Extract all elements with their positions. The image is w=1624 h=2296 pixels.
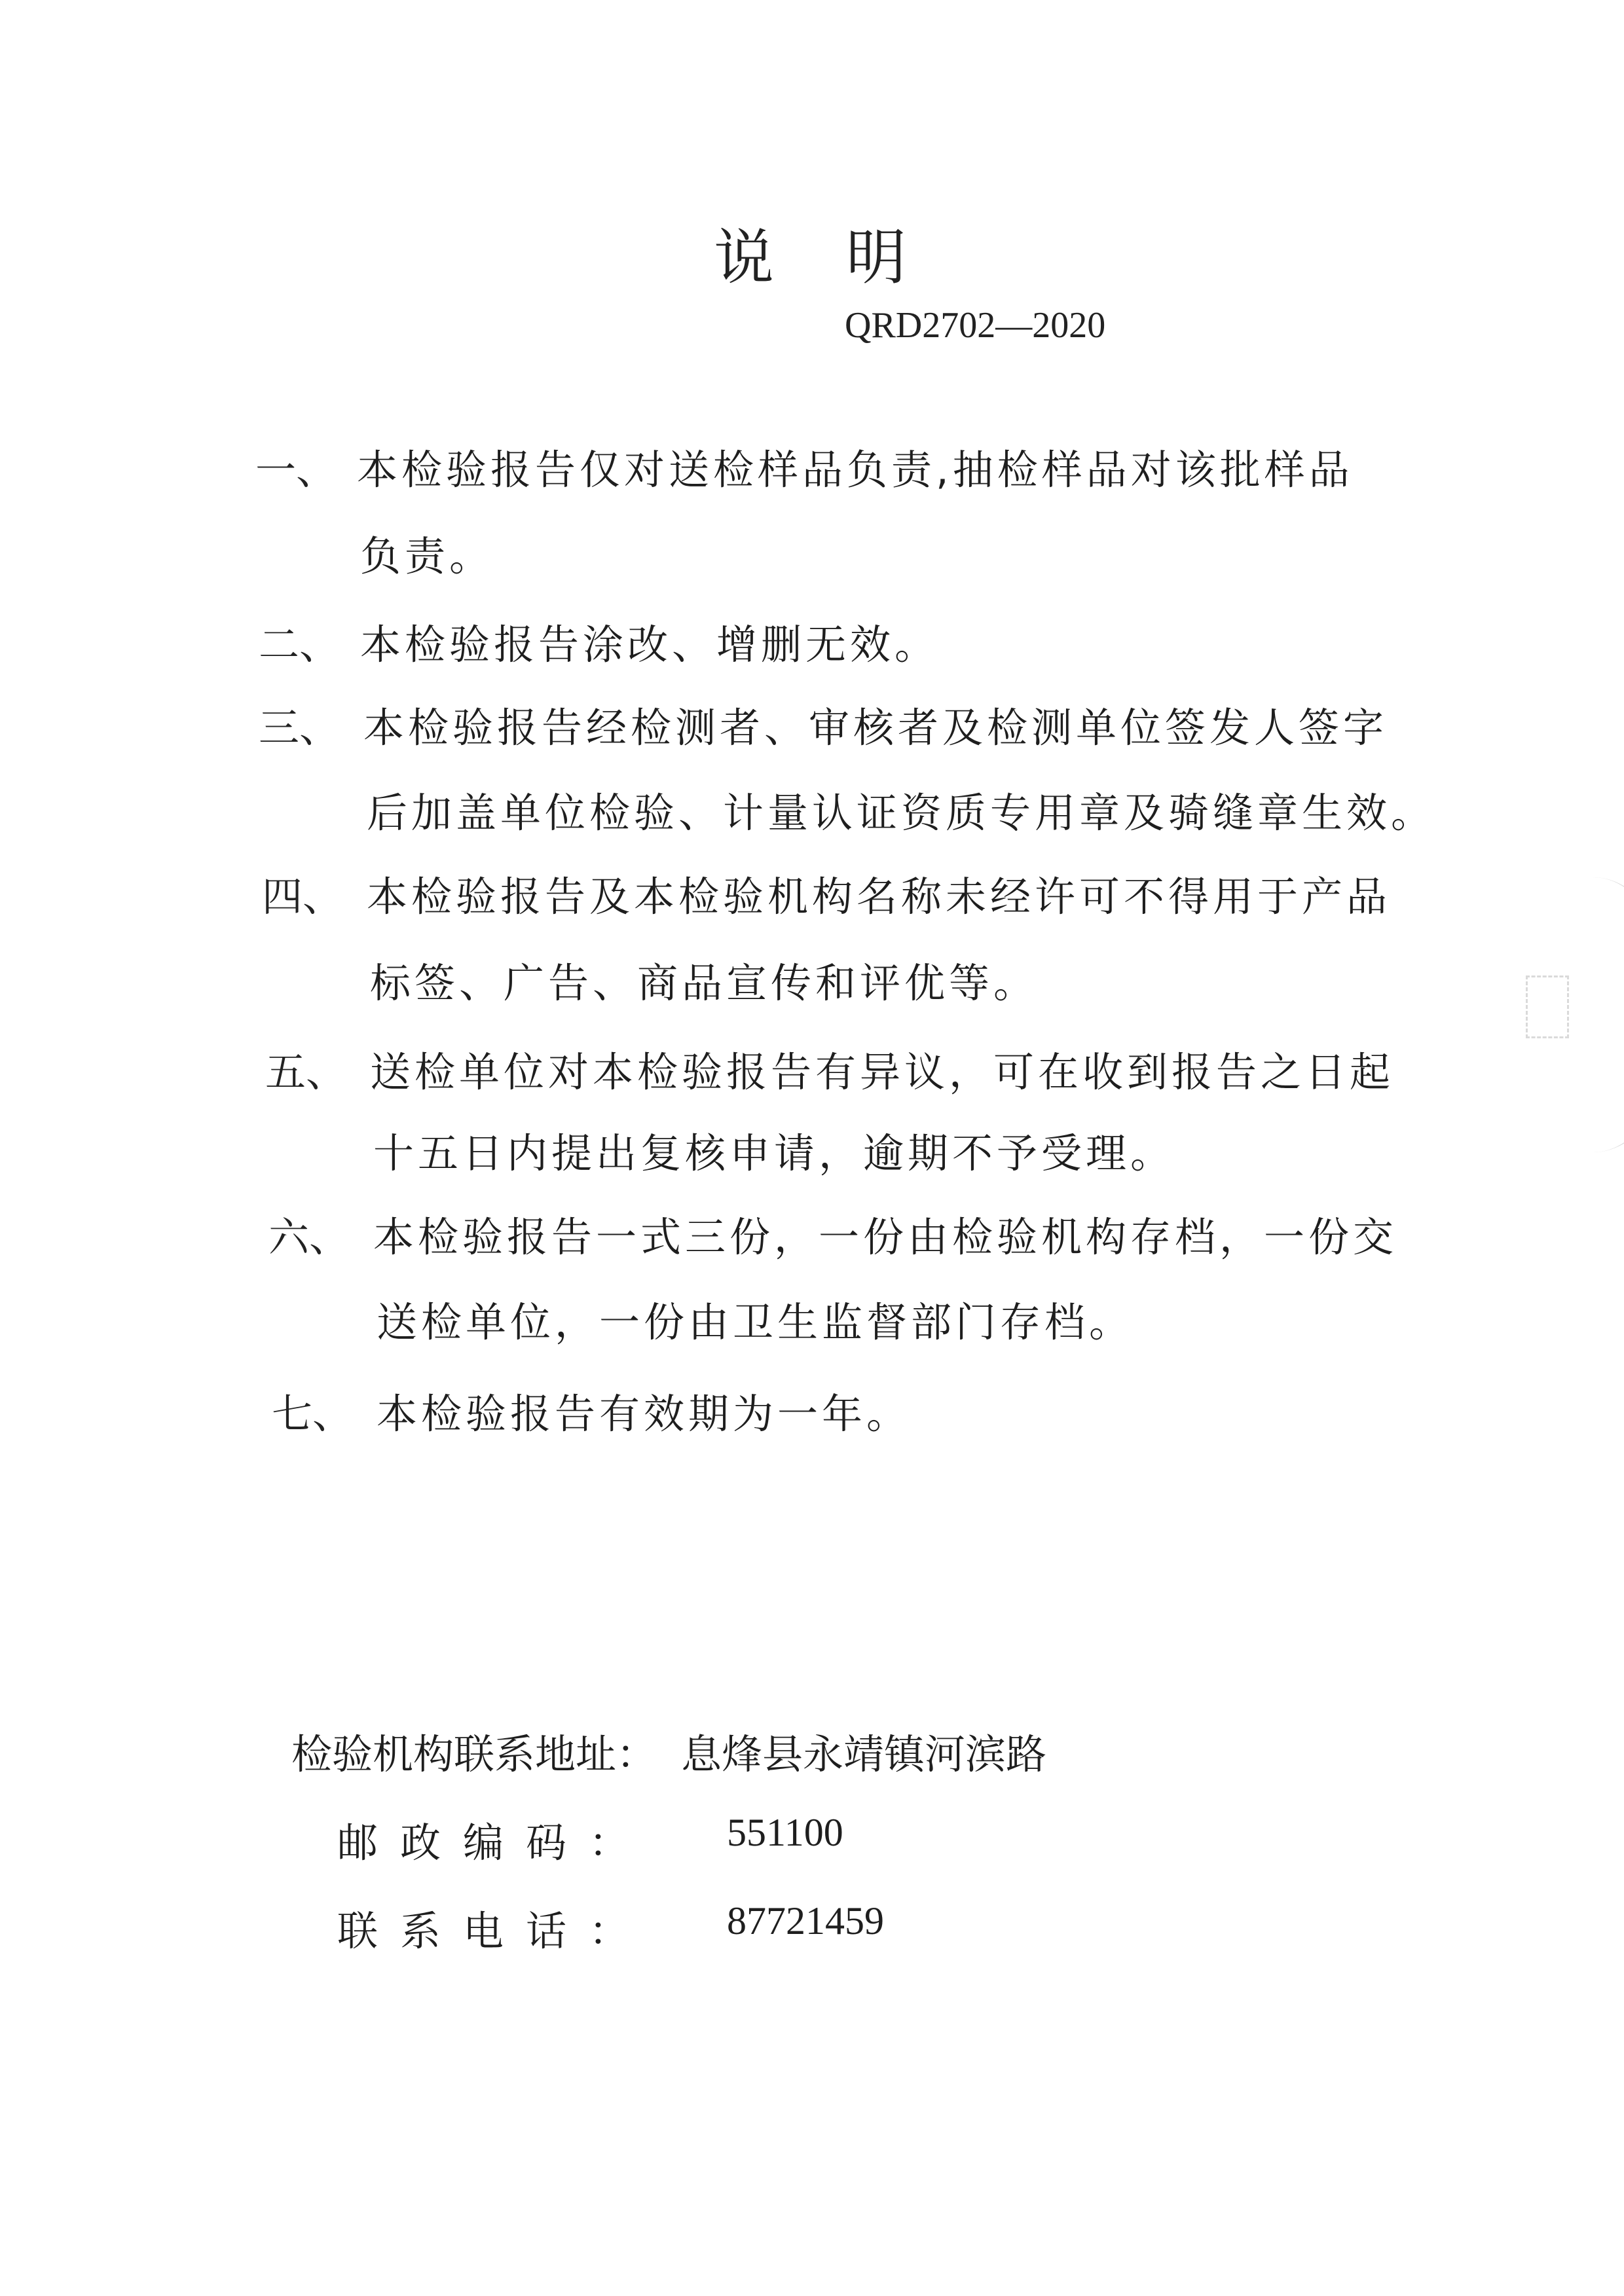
clause-line: 本检验报告经检测者、审核者及检测单位签发人签字 bbox=[363, 695, 1388, 754]
clause-line: 十五日内提出复核申请，逾期不予受理。 bbox=[373, 1121, 1175, 1179]
clause-line: 送检单位，一份由卫生监督部门存档。 bbox=[377, 1290, 1134, 1348]
clause-line: 本检验报告及本检验机构名称未经许可不得用于产品 bbox=[367, 864, 1391, 922]
clause-number: 三、 bbox=[259, 695, 340, 754]
document-code: QRD2702—2020 bbox=[845, 304, 1105, 346]
page-title: 说明 bbox=[714, 210, 978, 296]
clause-line: 本检验报告仅对送检样品负责,抽检样品对该批样品 bbox=[357, 437, 1354, 496]
seal-fragment-mark bbox=[1526, 975, 1569, 1038]
clause-line: 本检验报告涂改、增删无效。 bbox=[360, 612, 939, 670]
clause-number: 一、 bbox=[255, 437, 337, 496]
clause-line: 本检验报告有效期为一年。 bbox=[377, 1381, 911, 1440]
phone-value: 87721459 bbox=[727, 1899, 884, 1944]
clause-line: 标签、广告、商品宣传和评优等。 bbox=[370, 951, 1038, 1009]
postcode-label: 邮政编码： bbox=[337, 1810, 652, 1868]
phone-label: 联系电话： bbox=[337, 1899, 652, 1957]
clause-number: 五、 bbox=[265, 1040, 346, 1098]
clause-line: 负责。 bbox=[360, 524, 494, 582]
clause-number: 六、 bbox=[268, 1205, 350, 1263]
clause-line: 送检单位对本检验报告有异议，可在收到报告之日起 bbox=[370, 1040, 1394, 1098]
clause-number: 四、 bbox=[262, 864, 343, 922]
clause-line: 本检验报告一式三份，一份由检验机构存档，一份交 bbox=[373, 1205, 1397, 1263]
postcode-value: 551100 bbox=[727, 1810, 843, 1855]
clause-line: 后加盖单位检验、计量认证资质专用章及骑缝章生效。 bbox=[367, 780, 1435, 839]
clause-number: 二、 bbox=[259, 612, 340, 670]
address-value: 息烽县永靖镇河滨路 bbox=[681, 1722, 1046, 1780]
address-label: 检验机构联系地址： bbox=[291, 1722, 657, 1780]
clause-number: 七、 bbox=[272, 1381, 353, 1440]
